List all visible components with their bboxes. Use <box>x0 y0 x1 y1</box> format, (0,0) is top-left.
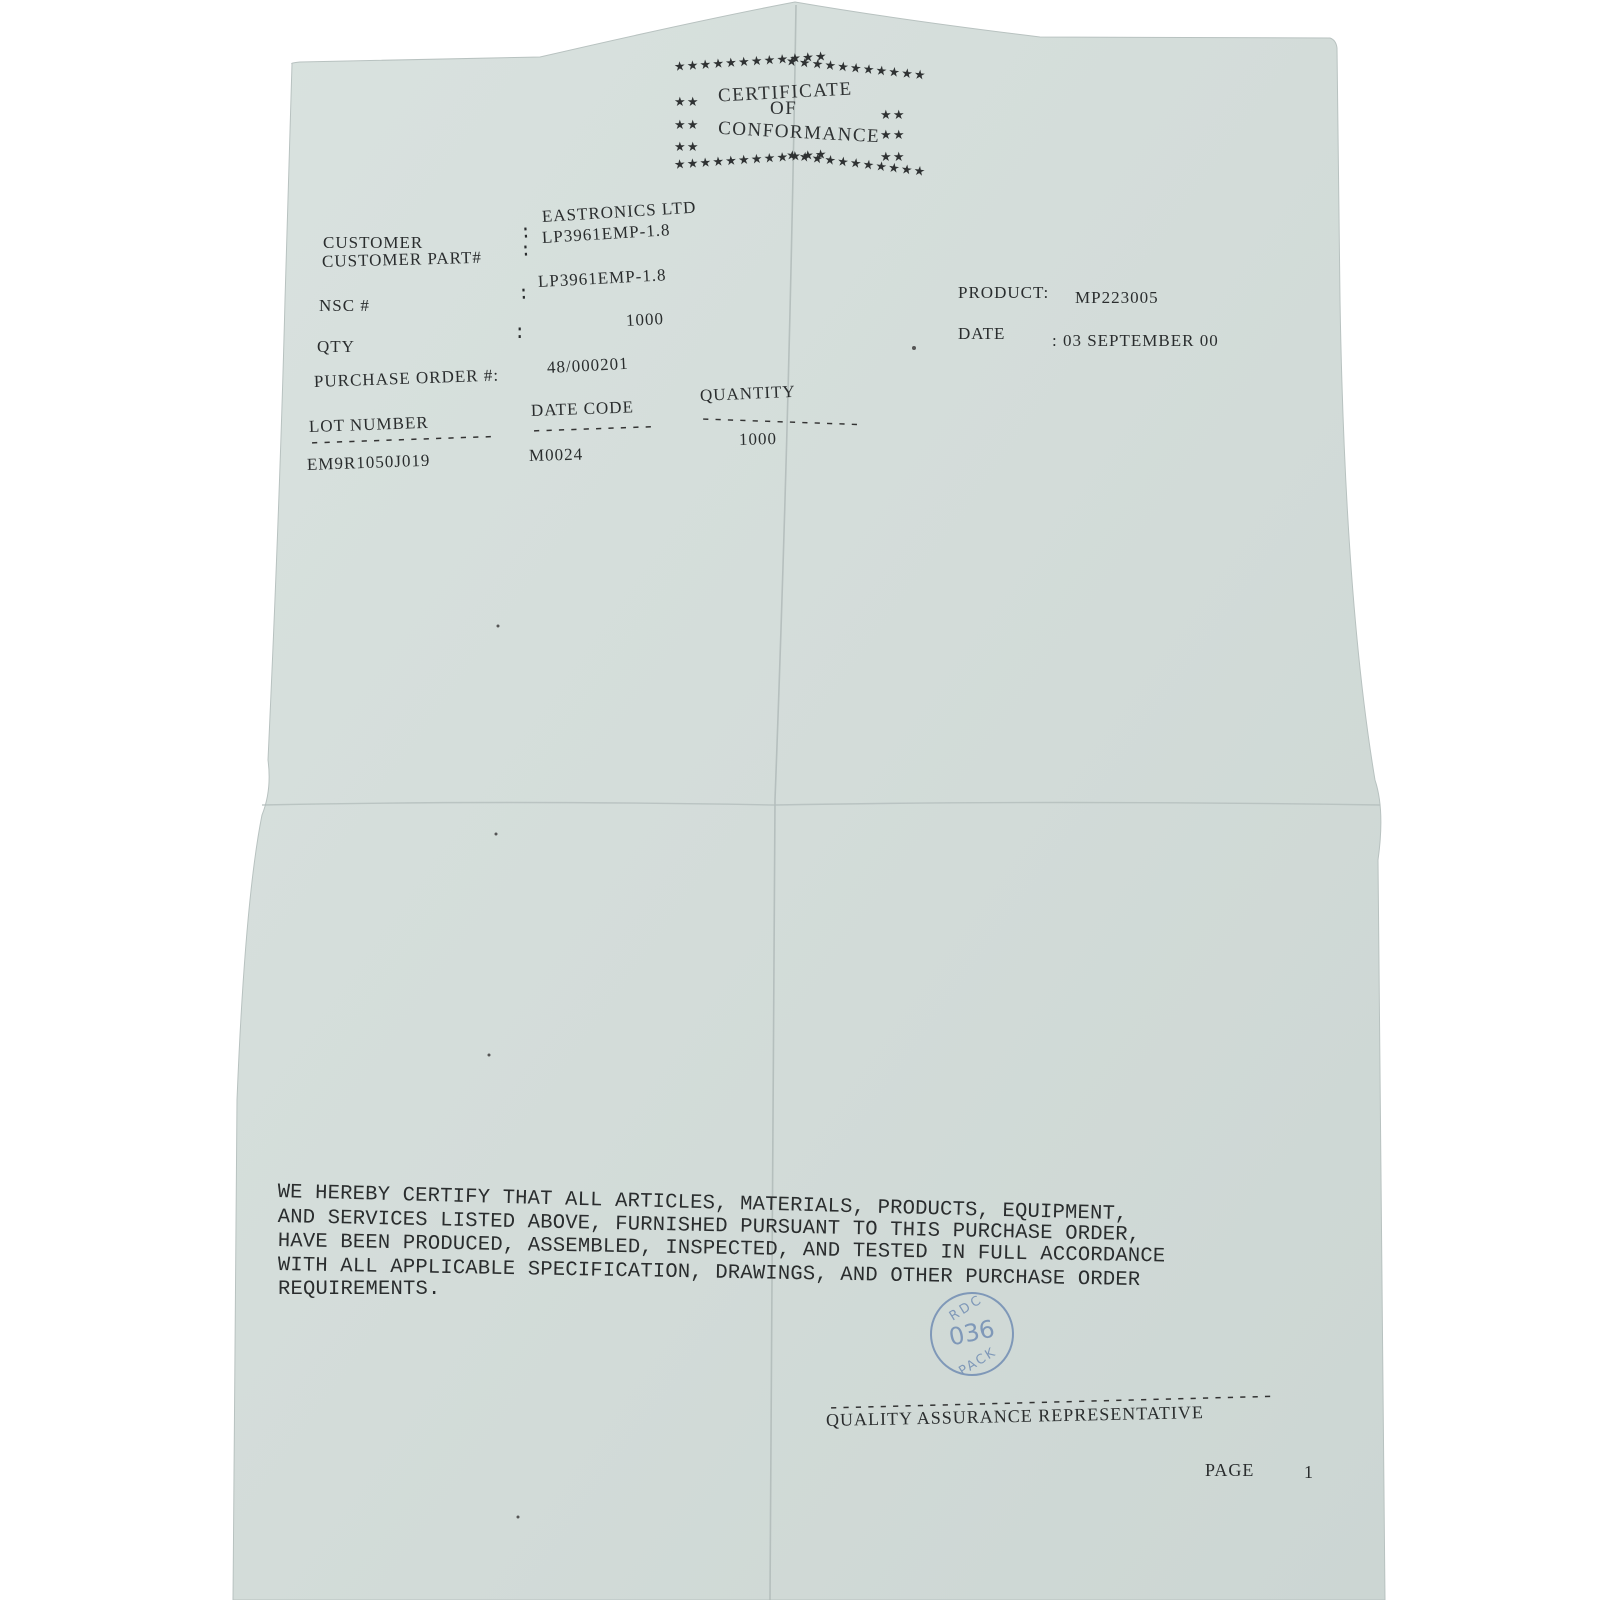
date-label: DATE <box>958 324 1005 344</box>
nsc-separator: : <box>517 282 530 305</box>
date-value: : 03 SEPTEMBER 00 <box>1052 331 1219 351</box>
page-number: 1 <box>1304 1462 1314 1483</box>
customer-part-label: CUSTOMER PART# <box>322 248 482 272</box>
purchase-order-value: 48/000201 <box>546 354 629 378</box>
certification-line: REQUIREMENTS. <box>278 1277 441 1302</box>
product-label: PRODUCT: <box>958 283 1049 303</box>
star-border-right: ★★ <box>880 108 906 123</box>
star-border-right: ★★ <box>880 128 906 143</box>
qty-value: 1000 <box>625 309 664 331</box>
star-border-left: ★★ <box>674 118 700 133</box>
column-underline: ---------- <box>531 416 656 442</box>
customer-part-separator: : <box>519 239 532 262</box>
paper-sheet <box>0 0 1600 1600</box>
page-label: PAGE <box>1205 1460 1254 1481</box>
title-of: OF <box>770 98 797 120</box>
qty-label: QTY <box>317 337 355 357</box>
date-code-cell: M0024 <box>529 445 584 466</box>
nsc-label: NSC # <box>319 296 370 316</box>
star-border-left: ★★ <box>674 140 700 155</box>
star-border-left: ★★ <box>674 95 700 110</box>
quantity-cell: 1000 <box>739 429 778 450</box>
column-header-quantity: QUANTITY <box>700 382 797 406</box>
qty-separator: : <box>514 322 526 344</box>
product-value: MP223005 <box>1075 288 1159 308</box>
